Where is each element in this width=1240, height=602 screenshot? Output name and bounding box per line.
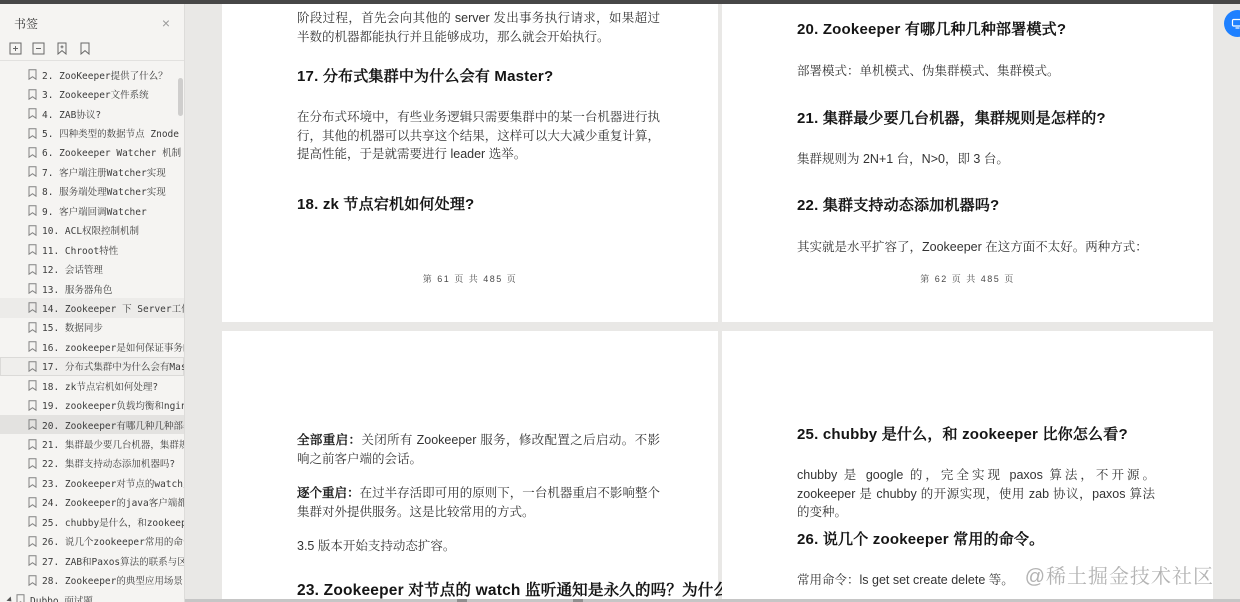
bookmark-icon xyxy=(28,186,37,197)
bookmark-item-25[interactable]: 25. chubby是什么，和zookeeper比你 xyxy=(0,512,184,531)
bookmark-item-18[interactable]: 18. zk节点宕机如何处理? xyxy=(0,376,184,395)
bookmark-icon xyxy=(28,264,37,275)
top-toolbar-edge xyxy=(0,0,1240,4)
section-heading-17: 17. 分布式集群中为什么会有 Master? xyxy=(297,65,660,86)
collapse-all-icon[interactable] xyxy=(31,41,46,56)
pdf-page-63: 全部重启：关闭所有 Zookeeper 服务，修改配置之后启动。不影响之前客户端… xyxy=(222,331,718,602)
bookmark-item-15[interactable]: 15. 数据同步 xyxy=(0,318,184,337)
bookmark-item-7[interactable]: 7. 客户端注册Watcher实现 xyxy=(0,162,184,181)
close-icon[interactable]: × xyxy=(158,16,174,30)
bookmark-icon xyxy=(28,380,37,391)
bookmark-item-23[interactable]: 23. Zookeeper对节点的watch监听通知 xyxy=(0,473,184,492)
bookmark-item-3[interactable]: 3. Zookeeper文件系统 xyxy=(0,84,184,103)
bookmark-icon xyxy=(28,69,37,80)
bookmark-item-28[interactable]: 28. Zookeeper的典型应用场景 xyxy=(0,570,184,589)
section-heading-18: 18. zk 节点宕机如何处理? xyxy=(297,193,660,214)
section-heading-21: 21. 集群最少要几台机器，集群规则是怎样的? xyxy=(797,107,1155,128)
bookmark-item-26[interactable]: 26. 说几个zookeeper常用的命令。 xyxy=(0,532,184,551)
bookmark-icon xyxy=(28,361,37,372)
bookmark-icon xyxy=(28,419,37,430)
paragraph: 其实就是水平扩容了，Zookeeper 在这方面不太好。两种方式： xyxy=(797,238,1155,257)
bookmark-icon xyxy=(28,205,37,216)
bookmark-item-2[interactable]: 2. ZooKeeper提供了什么？ xyxy=(0,65,184,84)
bookmark-item-13[interactable]: 13. 服务器角色 xyxy=(0,279,184,298)
bookmark-icon xyxy=(28,458,37,469)
watermark: @稀土掘金技术社区 xyxy=(1025,560,1214,589)
sidebar-scrollbar-thumb[interactable] xyxy=(178,78,183,116)
bookmark-item-4[interactable]: 4. ZAB协议? xyxy=(0,104,184,123)
bookmark-item-27[interactable]: 27. ZAB和Paxos算法的联系与区别? xyxy=(0,551,184,570)
bookmark-item-19[interactable]: 19. zookeeper负载均衡和nginx负载均 xyxy=(0,395,184,414)
section-heading-23: 23. Zookeeper 对节点的 watch 监听通知是永久的吗？为什么 xyxy=(297,578,660,600)
bookmark-icon xyxy=(28,575,37,586)
bookmark-item-12[interactable]: 12. 会话管理 xyxy=(0,259,184,278)
paragraph: 集群规则为 2N+1 台，N>0，即 3 台。 xyxy=(797,150,1155,169)
bookmarks-title: 书签 xyxy=(14,15,38,32)
pdf-page-61: 阶段过程，首先会向其他的 server 发出事务执行请求，如果超过半数的机器都能… xyxy=(222,4,718,322)
bookmark-icon xyxy=(28,536,37,547)
bookmark-icon xyxy=(28,516,37,527)
bookmark-icon xyxy=(28,341,37,352)
page-number: 第 61 页 共 485 页 xyxy=(222,272,718,285)
floating-screen-button[interactable] xyxy=(1224,10,1240,37)
bookmark-icon xyxy=(28,322,37,333)
paragraph: 3.5 版本开始支持动态扩容。 xyxy=(297,537,660,556)
paragraph: 逐个重启：在过半存活即可用的原则下，一台机器重启不影响整个集群对外提供服务。这是… xyxy=(297,484,660,521)
bookmarks-panel: 书签 × 2. ZooKeeper提供了什么？ 3. Zookeeper文件系统… xyxy=(0,4,185,602)
bookmark-icon xyxy=(28,166,37,177)
section-heading-20: 20. Zookeeper 有哪几种几种部署模式? xyxy=(797,18,1155,39)
bookmark-icon xyxy=(28,128,37,139)
paragraph: 全部重启：关闭所有 Zookeeper 服务，修改配置之后启动。不影响之前客户端… xyxy=(297,431,660,468)
section-heading-25: 25. chubby 是什么，和 zookeeper 比你怎么看? xyxy=(797,423,1155,444)
section-heading-26: 26. 说几个 zookeeper 常用的命令。 xyxy=(797,528,1155,549)
bookmark-item-21[interactable]: 21. 集群最少要几台机器，集群规则是 xyxy=(0,434,184,453)
bookmark-icon xyxy=(28,89,37,100)
section-heading-22: 22. 集群支持动态添加机器吗? xyxy=(797,194,1155,215)
bookmark-item-24[interactable]: 24. Zookeeper的java客户端都有哪些 xyxy=(0,493,184,512)
screen-icon xyxy=(1231,17,1240,30)
bookmark-icon xyxy=(28,225,37,236)
bookmark-item-8[interactable]: 8. 服务端处理Watcher实现 xyxy=(0,182,184,201)
bookmark-icon xyxy=(16,594,25,602)
bookmark-icon xyxy=(28,108,37,119)
bookmark-item-dubbo[interactable]: Dubbo 面试题 xyxy=(0,590,184,602)
bookmark-add-icon[interactable] xyxy=(54,41,69,56)
bookmark-item-6[interactable]: 6. Zookeeper Watcher 机制 — 数据 xyxy=(0,143,184,162)
bookmark-item-16[interactable]: 16. zookeeper是如何保证事务的顺序 xyxy=(0,337,184,356)
bookmark-remove-icon[interactable] xyxy=(77,41,92,56)
bookmark-item-14[interactable]: 14. Zookeeper 下 Server工作状态 xyxy=(0,298,184,317)
bookmarks-list: 2. ZooKeeper提供了什么？ 3. Zookeeper文件系统 4. Z… xyxy=(0,65,184,602)
bookmark-icon xyxy=(28,302,37,313)
bookmark-item-17[interactable]: 17. 分布式集群中为什么会有Master? xyxy=(0,357,184,376)
bookmark-item-9[interactable]: 9. 客户端回调Watcher xyxy=(0,201,184,220)
bookmark-icon xyxy=(28,283,37,294)
expand-all-icon[interactable] xyxy=(8,41,23,56)
bookmark-item-20[interactable]: 20. Zookeeper有哪几种几种部署模式 xyxy=(0,415,184,434)
paragraph: 部署模式：单机模式、伪集群模式、集群模式。 xyxy=(797,62,1155,81)
bold-lead: 逐个重启： xyxy=(297,486,360,500)
page-number: 第 62 页 共 485 页 xyxy=(722,272,1213,285)
paragraph: chubby 是 google 的，完全实现 paxos 算法，不开源。zook… xyxy=(797,466,1155,522)
bold-lead: 全部重启： xyxy=(297,433,361,447)
bookmark-icon xyxy=(28,477,37,488)
expand-triangle-icon xyxy=(6,596,13,602)
bookmark-item-10[interactable]: 10. ACL权限控制机制 xyxy=(0,221,184,240)
paragraph: 阶段过程，首先会向其他的 server 发出事务执行请求，如果超过半数的机器都能… xyxy=(297,9,660,46)
bookmark-icon xyxy=(28,555,37,566)
paragraph: 在分布式环境中，有些业务逻辑只需要集群中的某一台机器进行执行，其他的机器可以共享… xyxy=(297,108,660,164)
bookmark-icon xyxy=(28,439,37,450)
bookmark-item-5[interactable]: 5. 四种类型的数据节点 Znode xyxy=(0,123,184,142)
bookmark-icon xyxy=(28,147,37,158)
bookmarks-header: 书签 × xyxy=(14,14,174,32)
bookmark-item-22[interactable]: 22. 集群支持动态添加机器吗? xyxy=(0,454,184,473)
bookmark-icon xyxy=(28,244,37,255)
divider xyxy=(0,60,184,61)
bookmark-icon xyxy=(28,400,37,411)
bookmarks-toolbar xyxy=(8,38,92,58)
pdf-page-62: 20. Zookeeper 有哪几种几种部署模式? 部署模式：单机模式、伪集群模… xyxy=(722,4,1213,322)
bookmark-icon xyxy=(28,497,37,508)
bookmark-item-11[interactable]: 11. Chroot特性 xyxy=(0,240,184,259)
